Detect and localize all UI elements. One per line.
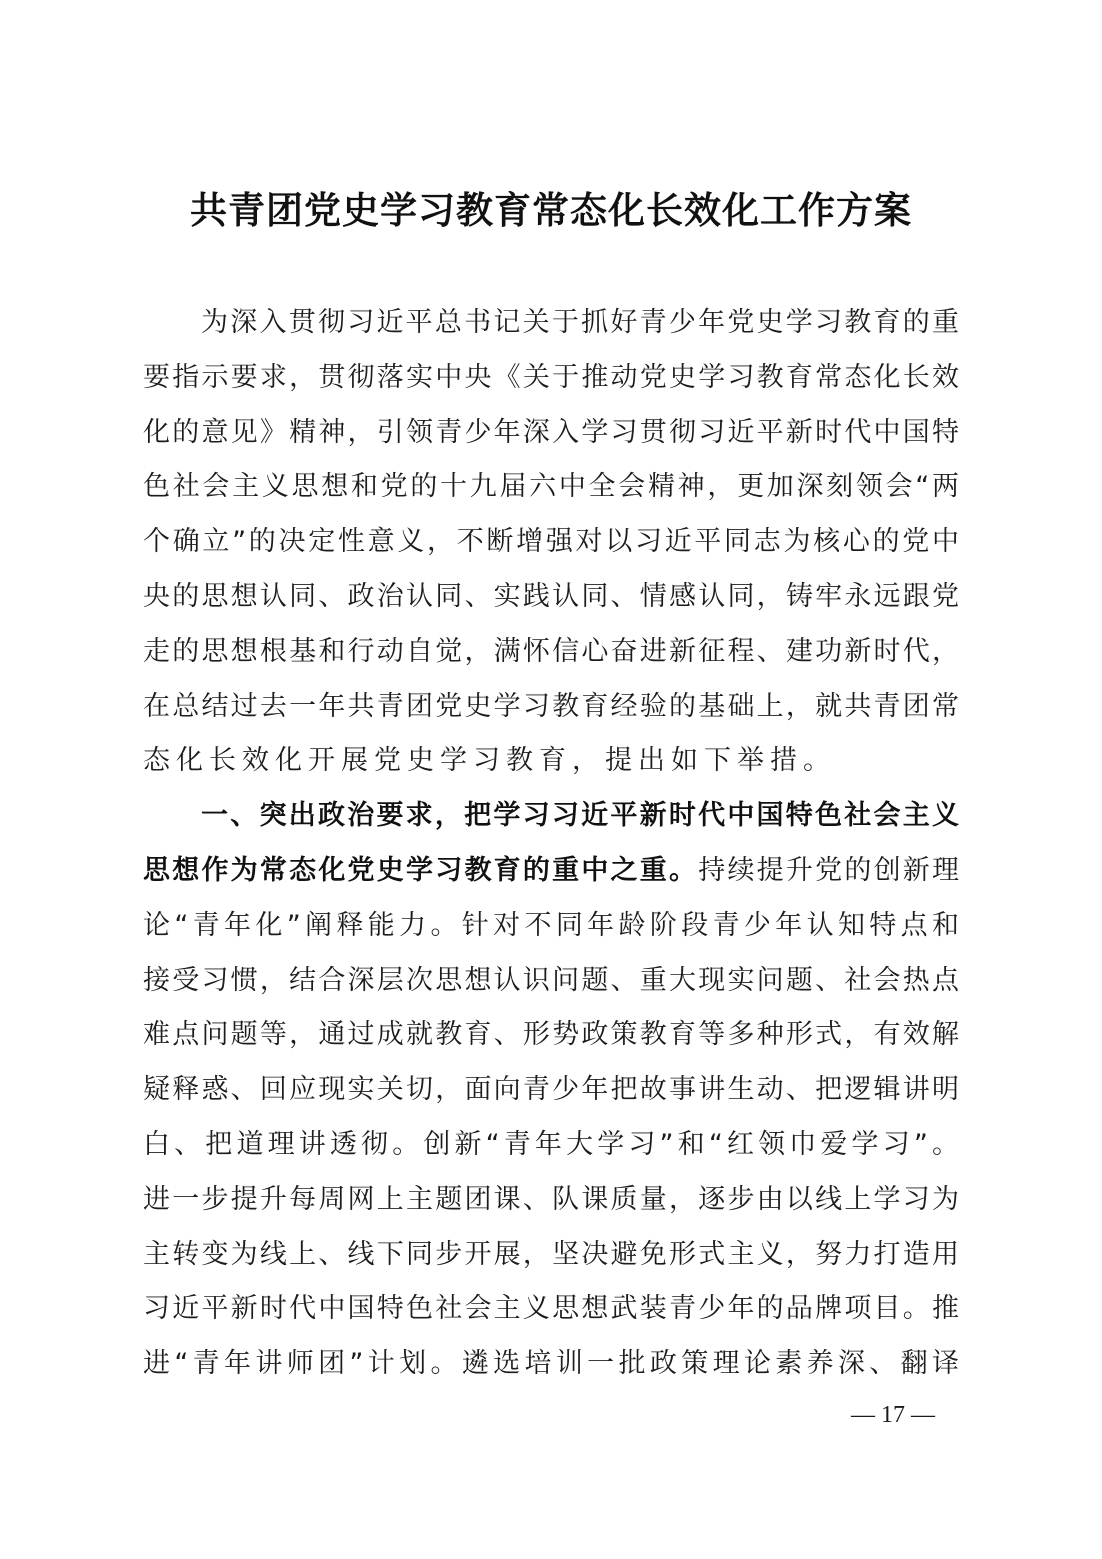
section-heading: 一、突出政治要求，把学习习近平新时代中国特色社会主义: [143, 789, 959, 844]
text-line: 色社会主义思想和党的十九届六中全会精神，更加深刻领会“两: [143, 460, 959, 515]
text-line: 为深入贯彻习近平总书记关于抓好青少年党史学习教育的重: [143, 296, 959, 351]
text-line: 央的思想认同、政治认同、实践认同、情感认同，铸牢永远跟党: [143, 570, 959, 625]
text-line: 在总结过去一年共青团党史学习教育经验的基础上，就共青团常: [143, 680, 959, 735]
text-run: 持续提升党的创新理: [698, 855, 959, 886]
document-body: 为深入贯彻习近平总书记关于抓好青少年党史学习教育的重 要指示要求，贯彻落实中央《…: [143, 296, 959, 1392]
text-line: 走的思想根基和行动自觉，满怀信心奋进新征程、建功新时代，: [143, 625, 959, 680]
text-line: 化的意见》精神，引领青少年深入学习贯彻习近平新时代中国特: [143, 406, 959, 461]
document-page: 共青团党史学习教育常态化长效化工作方案 为深入贯彻习近平总书记关于抓好青少年党史…: [0, 0, 1102, 1559]
document-title: 共青团党史学习教育常态化长效化工作方案: [0, 182, 1102, 238]
text-line: 难点问题等，通过成就教育、形势政策教育等多种形式，有效解: [143, 1008, 959, 1063]
section-heading-end: 思想作为常态化党史学习教育的重中之重。: [143, 855, 698, 886]
text-line: 进“青年讲师团”计划。遴选培训一批政策理论素养深、翻译: [143, 1337, 959, 1392]
text-line: 白、把道理讲透彻。创新“青年大学习”和“红领巾爱学习”。: [143, 1118, 959, 1173]
text-line: 疑释惑、回应现实关切，面向青少年把故事讲生动、把逻辑讲明: [143, 1063, 959, 1118]
section-heading-continuation: 思想作为常态化党史学习教育的重中之重。持续提升党的创新理: [143, 844, 959, 899]
text-line: 论“青年化”阐释能力。针对不同年龄阶段青少年认知特点和: [143, 899, 959, 954]
text-line: 主转变为线上、线下同步开展，坚决避免形式主义，努力打造用: [143, 1228, 959, 1283]
text-line: 态化长效化开展党史学习教育，提出如下举措。: [143, 734, 959, 789]
page-number: — 17 —: [838, 1395, 948, 1435]
text-line: 个确立”的决定性意义，不断增强对以习近平同志为核心的党中: [143, 515, 959, 570]
text-line: 进一步提升每周网上主题团课、队课质量，逐步由以线上学习为: [143, 1173, 959, 1228]
text-line: 习近平新时代中国特色社会主义思想武装青少年的品牌项目。推: [143, 1282, 959, 1337]
text-line: 接受习惯，结合深层次思想认识问题、重大现实问题、社会热点: [143, 954, 959, 1009]
text-line: 要指示要求，贯彻落实中央《关于推动党史学习教育常态化长效: [143, 351, 959, 406]
